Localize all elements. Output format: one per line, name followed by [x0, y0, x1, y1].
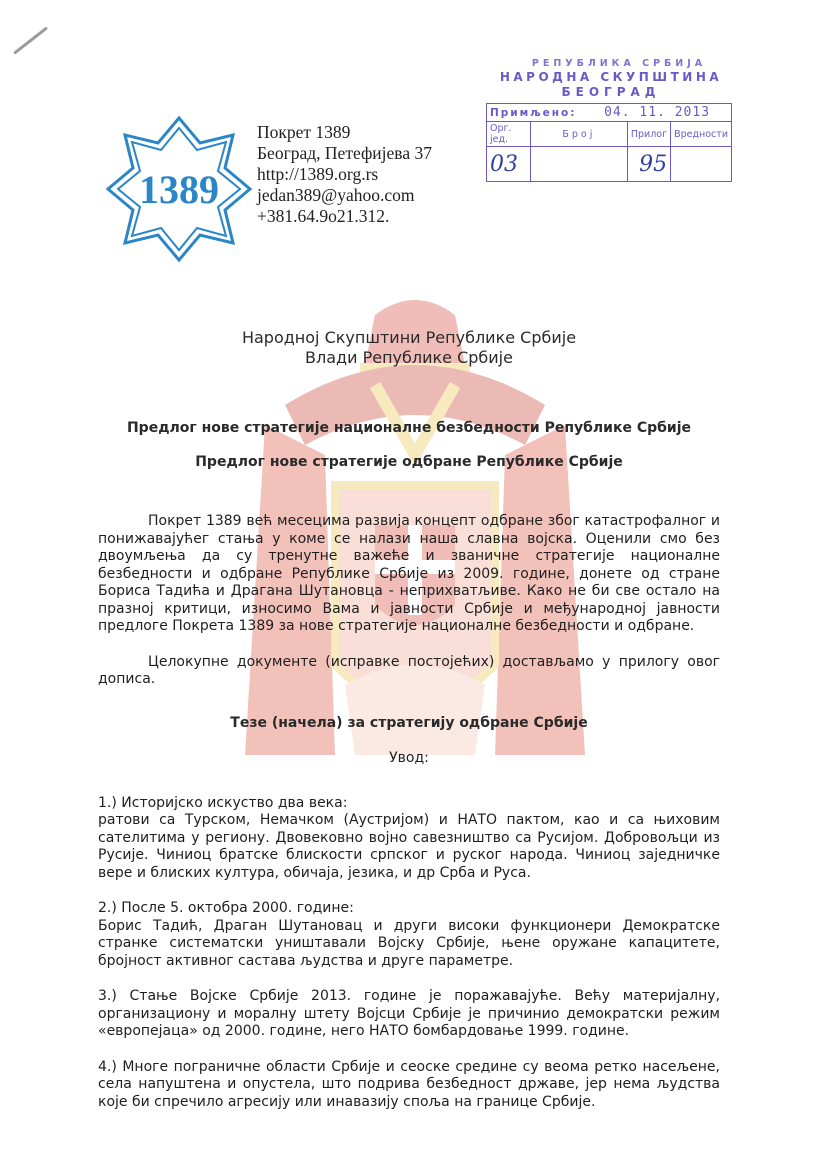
contact-block: Покрет 1389 Београд, Петефијева 37 http:… [257, 122, 432, 227]
recipient-government: Влади Републике Србије [98, 348, 720, 368]
stamp-received-row: Примљено: 04. 11. 2013 [487, 104, 732, 122]
title-security-strategy: Предлог нове стратегије националне безбе… [98, 420, 720, 438]
movement-logo: 1389 [104, 114, 254, 264]
stamp-received-date: 04. 11. 2013 [604, 105, 710, 120]
stamp-col-org: Орг. јед. [487, 122, 531, 147]
theses-title: Тезе (начела) за стратегију одбране Срби… [98, 715, 720, 733]
section-2-heading: 2.) После 5. октобра 2000. године: [98, 900, 720, 918]
received-stamp: РЕПУБЛИКА СРБИЈА НАРОДНА СКУПШТИНА БЕОГР… [486, 58, 736, 182]
org-phone: +381.64.9o21.312. [257, 206, 432, 227]
stamp-line-republic: РЕПУБЛИКА СРБИЈА [502, 58, 736, 69]
intro-label: Увод: [98, 750, 720, 768]
section-2: 2.) После 5. октобра 2000. године: Борис… [98, 900, 720, 970]
org-email: jedan389@yahoo.com [257, 185, 432, 206]
title-defense-strategy: Предлог нове стратегије одбране Републик… [98, 454, 720, 472]
stamp-received-label: Примљено: [490, 107, 576, 119]
recipient-parliament: Народној Скупштини Републике Србије [98, 328, 720, 348]
section-2-text: Борис Тадић, Драган Шутановац и други ви… [98, 918, 720, 971]
org-website: http://1389.org.rs [257, 164, 432, 185]
stamp-hand-value [671, 147, 732, 182]
stamp-hand-attachment: 95 [627, 147, 670, 182]
stamp-col-attachment: Прилог [627, 122, 670, 147]
logo-text: 1389 [104, 114, 254, 264]
stamp-col-value: Вредности [671, 122, 732, 147]
section-1-heading: 1.) Историјско искуство два века: [98, 795, 720, 813]
staple-mark [13, 26, 48, 54]
stamp-col-number: Број [530, 122, 627, 147]
stamp-hand-org: 03 [487, 147, 531, 182]
org-name: Покрет 1389 [257, 122, 432, 143]
section-3: 3.) Стање Војске Србије 2013. године је … [98, 988, 720, 1041]
section-4: 4.) Многе пограничне области Србије и се… [98, 1059, 720, 1112]
letter-body: Народној Скупштини Републике Србије Влад… [98, 328, 720, 1111]
stamp-hand-number [530, 147, 627, 182]
stamp-line-city: БЕОГРАД [486, 85, 736, 99]
stamp-table: Примљено: 04. 11. 2013 Орг. јед. Број Пр… [486, 103, 732, 182]
paragraph-attachments: Целокупне документе (исправке постојећих… [98, 654, 720, 689]
section-3-text: 3.) Стање Војске Србије 2013. године је … [98, 988, 720, 1041]
section-1: 1.) Историјско искуство два века: ратови… [98, 795, 720, 883]
section-1-text: ратови са Турском, Немачком (Аустријом) … [98, 812, 720, 882]
paragraph-intro: Покрет 1389 већ месецима развија концепт… [98, 513, 720, 636]
org-address: Београд, Петефијева 37 [257, 143, 432, 164]
section-4-text: 4.) Многе пограничне области Србије и се… [98, 1059, 720, 1112]
stamp-line-assembly: НАРОДНА СКУПШТИНА [486, 70, 736, 84]
